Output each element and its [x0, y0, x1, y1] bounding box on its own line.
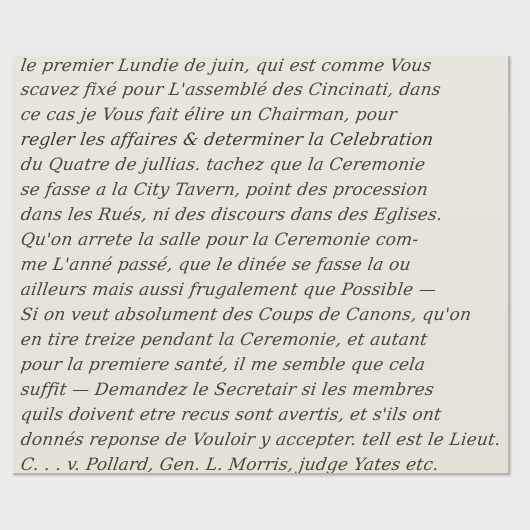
manuscript-line-8: Qu'on arrete la salle pour la Ceremonie …: [19, 228, 508, 253]
manuscript-line-11: Si on veut absolument des Coups de Canon…: [19, 303, 508, 328]
manuscript-line-5: du Quatre de jullias. tachez que la Cere…: [19, 153, 508, 178]
manuscript-line-6: se fasse a la City Tavern, point des pro…: [19, 178, 508, 203]
manuscript-line-17: C. . . v. Pollard, Gen. L. Morris, judge…: [19, 453, 508, 475]
manuscript-line-10: ailleurs mais aussi frugalement que Poss…: [19, 278, 508, 303]
viewer-background: le premier Lundie de juin, qui est comme…: [0, 0, 530, 530]
manuscript-line-16: donnés reponse de Vouloir y accepter. te…: [19, 428, 508, 453]
manuscript-line-13: pour la premiere santé, il me semble que…: [19, 353, 508, 378]
manuscript-line-2: scavez fixé pour L'assemblé des Cincinat…: [19, 78, 508, 103]
manuscript-line-12: en tire treize pendant la Ceremonie, et …: [19, 328, 508, 353]
manuscript-line-9: me L'anné passé, que le dinée se fasse l…: [19, 253, 508, 278]
manuscript-line-4: regler les affaires & determiner la Cele…: [19, 128, 508, 153]
manuscript-line-1: le premier Lundie de juin, qui est comme…: [19, 56, 508, 79]
manuscript-page: le premier Lundie de juin, qui est comme…: [13, 56, 510, 475]
manuscript-line-14: suffit — Demandez le Secretair si les me…: [19, 378, 508, 403]
manuscript-line-3: ce cas je Vous fait élire un Chairman, p…: [19, 103, 508, 128]
manuscript-line-7: dans les Rués, ni des discours dans des …: [19, 203, 508, 228]
manuscript-line-15: quils doivent etre recus sont avertis, e…: [19, 403, 508, 428]
